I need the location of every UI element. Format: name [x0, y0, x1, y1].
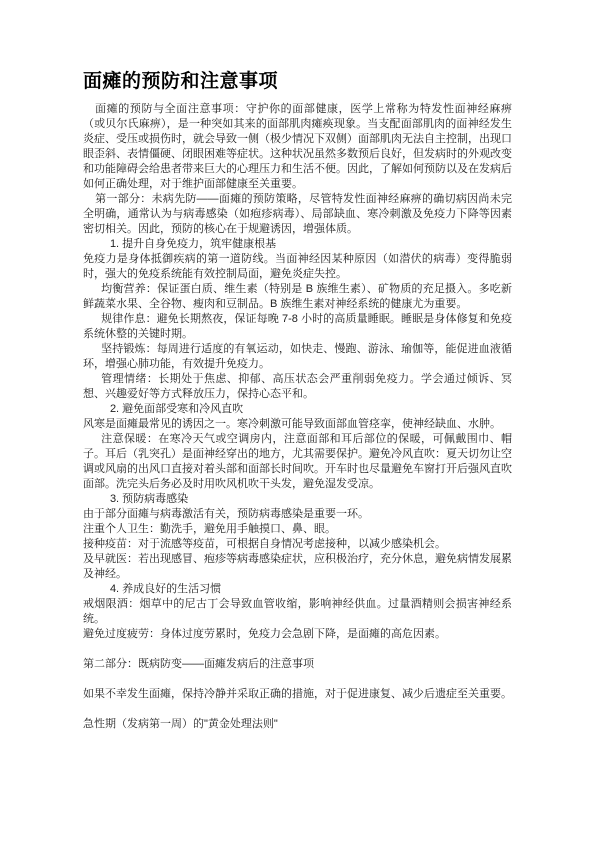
list-item: 3. 预防病毒感染 — [83, 492, 512, 507]
paragraph: 由于部分面瘫与病毒激活有关，预防病毒感染是重要一环。 — [83, 507, 512, 522]
document-title: 面瘫的预防和注意事项 — [83, 71, 512, 93]
list-item: 1. 提升自身免疫力，筑牢健康根基 — [83, 237, 512, 252]
paragraph: 规律作息：避免长期熬夜，保证每晚 7-8 小时的高质量睡眠。睡眠是身体修复和免疫… — [83, 312, 512, 342]
paragraph: 免疫力是身体抵御疾病的第一道防线。当面神经因某种原因（如潜伏的病毒）变得脆弱时，… — [83, 252, 512, 282]
paragraph: 面瘫的预防与全面注意事项：守护你的面部健康，医学上常称为特发性面神经麻痹（或贝尔… — [83, 102, 512, 192]
paragraph: 注意保暖：在寒冷天气或空调房内，注意面部和耳后部位的保暖，可佩戴围巾、帽子。耳后… — [83, 432, 512, 492]
paragraph: 及早就医：若出现感冒、疱疹等病毒感染症状，应积极治疗，充分休息，避免病情发展累及… — [83, 552, 512, 582]
paragraph: 戒烟限酒：烟草中的尼古丁会导致血管收缩，影响神经供血。过量酒精则会损害神经系统。 — [83, 597, 512, 627]
list-item: 4. 养成良好的生活习惯 — [83, 582, 512, 597]
paragraph: 坚持锻炼：每周进行适度的有氧运动，如快走、慢跑、游泳、瑜伽等，能促进血液循环，增… — [83, 342, 512, 372]
paragraph: 接种疫苗：对于流感等疫苗，可根据自身情况考虑接种，以减少感染机会。 — [83, 537, 512, 552]
paragraph: 急性期（发病第一周）的"黄金处理法则" — [83, 717, 512, 732]
list-item: 2. 避免面部受寒和冷风直吹 — [83, 402, 512, 417]
paragraph: 注重个人卫生：勤洗手，避免用手触摸口、鼻、眼。 — [83, 522, 512, 537]
paragraph: 风寒是面瘫最常见的诱因之一。寒冷刺激可能导致面部血管痉挛，使神经缺血、水肿。 — [83, 417, 512, 432]
document-page: { "page": { "background_color": "#ffffff… — [0, 0, 595, 841]
page: 面瘫的预防和注意事项 面瘫的预防与全面注意事项：守护你的面部健康，医学上常称为特… — [0, 0, 595, 841]
document-body: 面瘫的预防与全面注意事项：守护你的面部健康，医学上常称为特发性面神经麻痹（或贝尔… — [83, 102, 512, 732]
paragraph: 避免过度疲劳：身体过度劳累时，免疫力会急剧下降，是面瘫的高危因素。 — [83, 627, 512, 642]
paragraph: 管理情绪：长期处于焦虑、抑郁、高压状态会严重削弱免疫力。学会通过倾诉、冥想、兴趣… — [83, 372, 512, 402]
paragraph: 均衡营养：保证蛋白质、维生素（特别是 B 族维生素）、矿物质的充足摄入。多吃新鲜… — [83, 282, 512, 312]
paragraph: 第一部分：未病先防——面瘫的预防策略，尽管特发性面神经麻痹的确切病因尚未完全明确… — [83, 192, 512, 237]
paragraph: 第二部分：既病防变——面瘫发病后的注意事项 — [83, 657, 512, 672]
paragraph: 如果不幸发生面瘫，保持冷静并采取正确的措施，对于促进康复、减少后遗症至关重要。 — [83, 687, 512, 702]
